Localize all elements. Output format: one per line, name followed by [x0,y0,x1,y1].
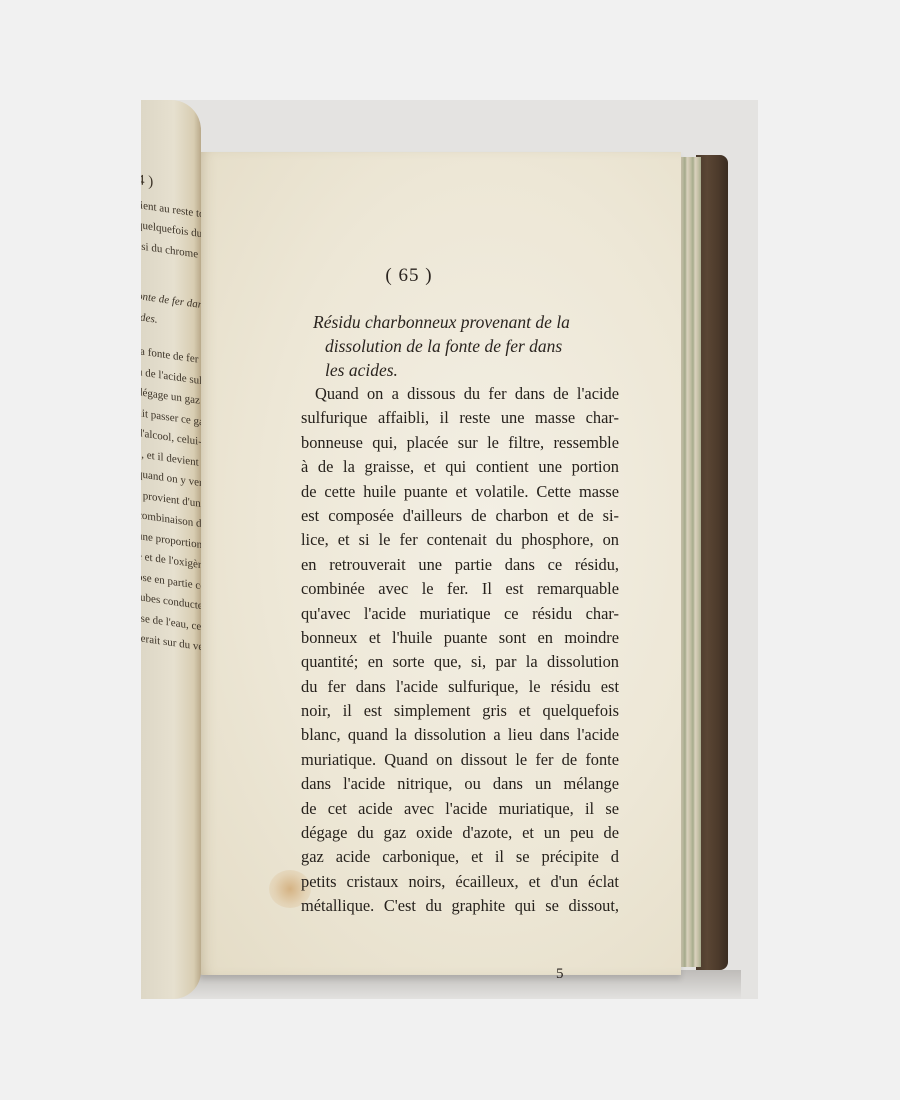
left-page-text: 4 ) tient au reste toujours quelquefois … [141,170,201,657]
section-heading: Résidu charbonneux provenant de la disso… [313,310,613,382]
text-line: métallique. C'est du graphite qui se dis… [301,894,619,918]
text-line: gaz acide carbonique, et il se précipite… [301,845,619,869]
text-line: noir, il est simplement gris et quelquef… [301,699,619,723]
text-line: à de la graisse, et qui contient une por… [301,455,619,479]
text-line: est composée d'ailleurs de charbon et de… [301,504,619,528]
text-line: petits cristaux noirs, écailleux, et d'u… [301,870,619,894]
signature-mark: 5 [556,966,564,983]
book-photograph: ( 65 ) Résidu charbonneux provenant de l… [141,100,758,999]
text-line: bonneuse qui, placée sur le filtre, ress… [301,431,619,455]
left-page-number: 4 ) [141,170,201,199]
right-page: ( 65 ) Résidu charbonneux provenant de l… [199,152,681,975]
text-line: blanc, quand la dissolution a lieu dans … [301,723,619,747]
text-line: qu'avec l'acide muriatique ce résidu cha… [301,602,619,626]
text-line: bonneux et l'huile puante sont en moindr… [301,626,619,650]
text-line: Quand on a dissous du fer dans de l'acid… [301,382,619,406]
page-number: ( 65 ) [199,265,619,287]
text-line: quantité; en sorte que, si, par la disso… [301,650,619,674]
text-line: lice, et si le fer contenait du phosphor… [301,528,619,552]
text-line: de cet acide avec l'acide muriatique, il… [301,797,619,821]
body-paragraph: Quand on a dissous du fer dans de l'acid… [301,382,619,919]
text-line: du fer dans l'acide sulfurique, le résid… [301,675,619,699]
text-line: muriatique. Quand on dissout le fer de f… [301,748,619,772]
text-line: combinée avec le fer. Il est remarquable [301,577,619,601]
text-line: sulfurique affaibli, il reste une masse … [301,406,619,430]
text-line: en retrouverait une partie dans ce résid… [301,553,619,577]
text-line: dégage du gaz oxide d'azote, et un peu d… [301,821,619,845]
text-line: de cette huile puante et volatile. Cette… [301,480,619,504]
left-page-curled: 4 ) tient au reste toujours quelquefois … [141,100,201,999]
heading-line: les acides. [313,358,613,382]
heading-line: dissolution de la fonte de fer dans [313,334,613,358]
text-line: dans l'acide nitrique, ou dans un mélang… [301,772,619,796]
heading-line: Résidu charbonneux provenant de la [313,310,613,334]
